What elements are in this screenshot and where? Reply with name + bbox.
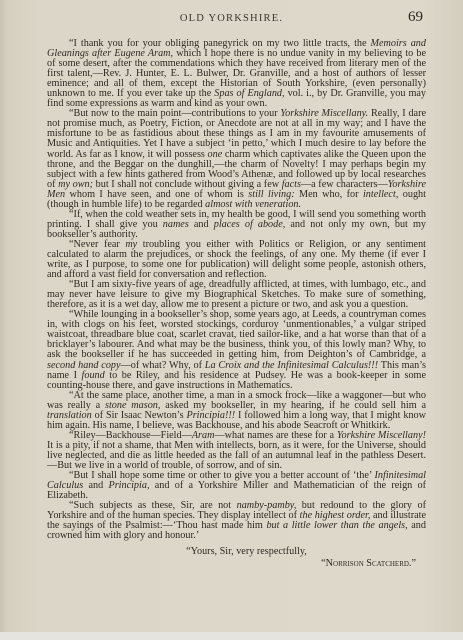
letter-paragraphs: “I thank you for your obliging panegyric…	[47, 39, 426, 541]
page-body: “I thank you for your obliging panegyric…	[47, 39, 426, 569]
paragraph: “Such subjects as these, Sir, are not na…	[47, 501, 426, 541]
paragraph: “Riley—Backhouse—Field—Aram—what names a…	[47, 431, 426, 471]
paragraph: “I thank you for your obliging panegyric…	[47, 39, 426, 109]
page-number: 69	[408, 9, 423, 26]
letter-closing: “Yours, Sir, very respectfully,	[47, 547, 426, 557]
text-run: to be Riley, and his residence at Pudsey…	[47, 370, 426, 391]
paragraph: “But now to the main point—contributions…	[47, 109, 426, 209]
paragraph: “If, when the cold weather sets in, my h…	[47, 210, 426, 240]
italic-text: names	[163, 219, 189, 230]
italic-text: intellect,	[363, 189, 398, 200]
paragraph: “But I shall hope some time or other to …	[47, 471, 426, 501]
italic-text: Principia,	[108, 480, 149, 491]
text-run: It is a pity, if not a shame, that Men w…	[47, 440, 426, 471]
text-run: “While lounging in a bookseller’s shop, …	[47, 309, 426, 360]
text-run: and	[189, 219, 214, 230]
paragraph: “While lounging in a bookseller’s shop, …	[47, 310, 426, 390]
paragraph: “At the same place, another time, a man …	[47, 391, 426, 431]
book-page: OLD YORKSHIRE. 69 “I thank you for your …	[0, 0, 463, 632]
paragraph: “But I am sixty-five years of age, dread…	[47, 280, 426, 310]
text-run: Men who, for	[295, 189, 363, 200]
text-run: “But I am sixty-five years of age, dread…	[47, 279, 426, 310]
letter-signature: “Norrison Scatcherd.”	[47, 559, 416, 569]
italic-text: but a little lower than the angels,	[266, 520, 407, 531]
paragraph: “Never fear my troubling you either with…	[47, 240, 426, 280]
running-title: OLD YORKSHIRE.	[0, 13, 463, 24]
running-head: OLD YORKSHIRE. 69	[0, 8, 463, 28]
italic-text: places of abode,	[214, 219, 286, 230]
